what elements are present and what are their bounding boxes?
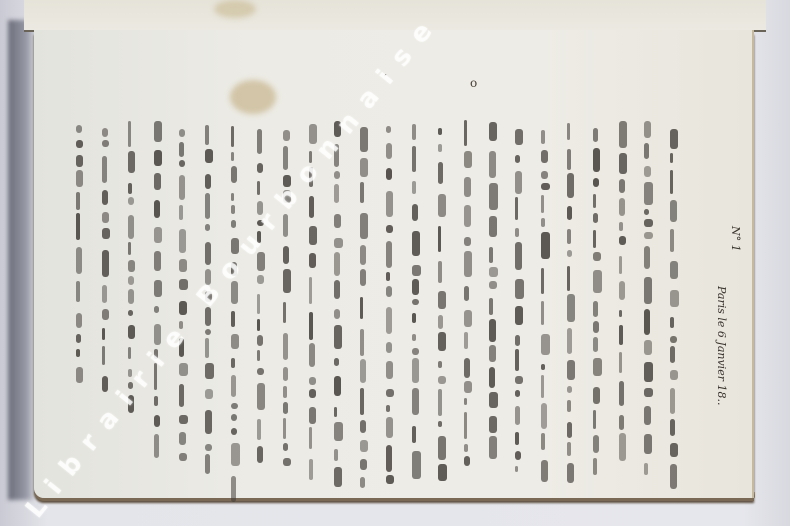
text-line xyxy=(545,120,547,490)
stain xyxy=(214,0,256,18)
text-line xyxy=(338,120,340,490)
text-line xyxy=(235,120,237,490)
ink-mark: o xyxy=(470,76,477,90)
text-line xyxy=(597,120,599,490)
text-line xyxy=(364,120,366,490)
text-line xyxy=(390,120,392,490)
stain xyxy=(230,80,276,114)
text-line xyxy=(648,120,650,490)
previous-page-edge xyxy=(24,0,766,32)
text-line xyxy=(623,120,625,490)
text-line xyxy=(158,120,160,490)
text-line xyxy=(261,120,263,490)
book-shadow xyxy=(8,20,34,500)
text-line xyxy=(674,120,676,490)
page-number-label: N° 1 xyxy=(729,226,742,252)
text-line xyxy=(493,120,495,490)
text-line xyxy=(132,120,134,490)
text-line xyxy=(468,120,470,490)
text-line xyxy=(519,120,521,490)
text-line xyxy=(442,120,444,490)
handwritten-text xyxy=(80,120,720,490)
text-line xyxy=(416,120,418,490)
text-line xyxy=(571,120,573,490)
